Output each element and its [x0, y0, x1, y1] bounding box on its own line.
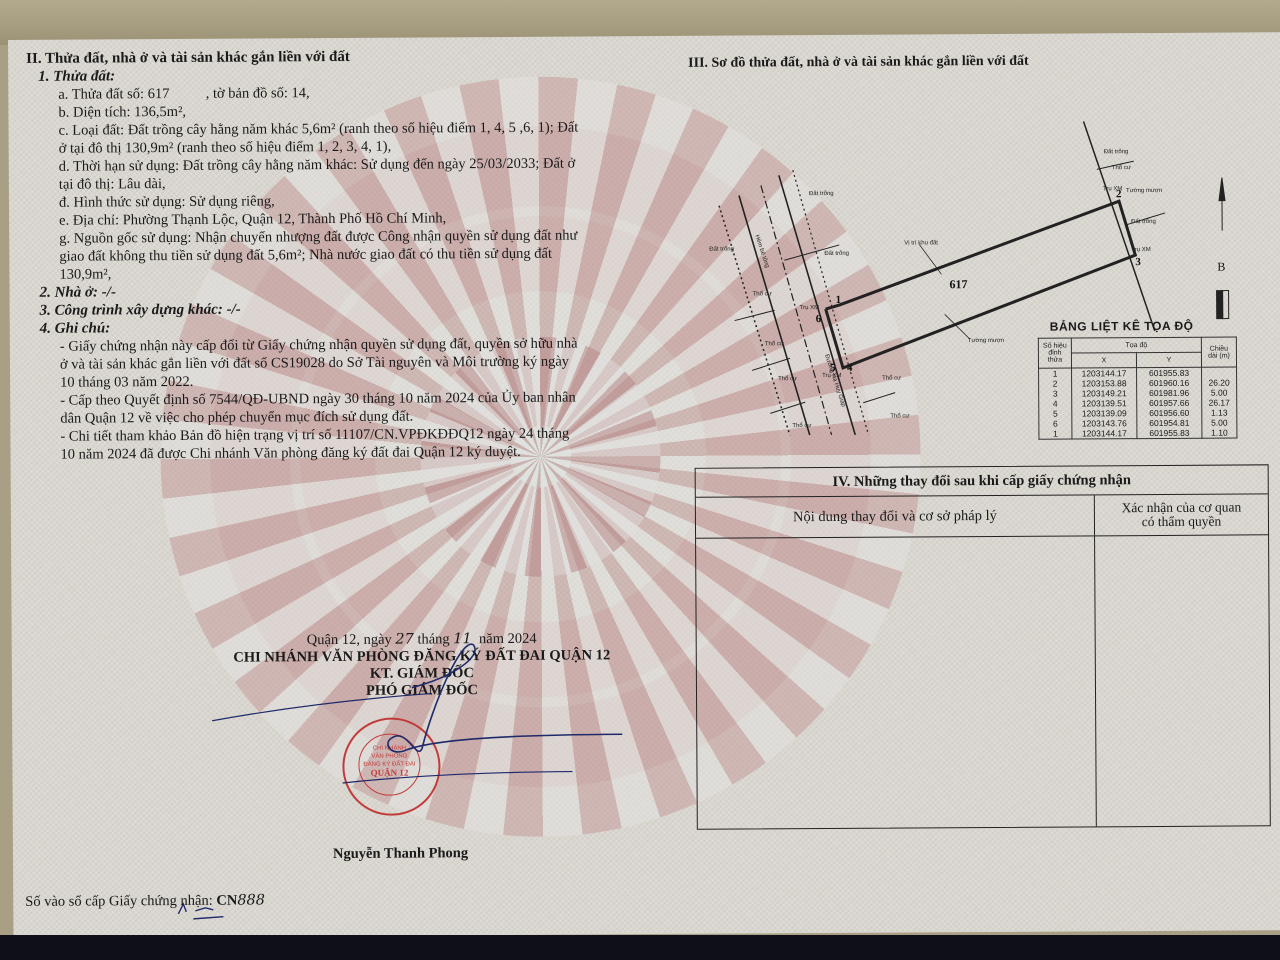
label-tho-cu: Thổ cư — [1112, 164, 1131, 171]
coord-len: 26.20 — [1202, 378, 1237, 388]
point-label: 5 — [830, 362, 836, 374]
coord-x: 1203139.09 — [1072, 408, 1137, 418]
label-vi-tri: Vị trí khu đất — [904, 240, 938, 246]
label-tru-xm: Trụ XM — [800, 305, 819, 311]
point-label: 4 — [847, 362, 853, 374]
land-certificate-page: II. Thửa đất, nhà ở và tài sản khác gắn … — [8, 32, 1280, 938]
header-point: Số hiệu đỉnh thửa — [1038, 338, 1071, 368]
issuing-office: CHI NHÁNH VĂN PHÒNG ĐĂNG KÝ ĐẤT ĐAI QUẬN… — [192, 647, 652, 667]
label-tho-cu: Thổ cư — [778, 375, 797, 382]
registry-number: Số vào sổ cấp Giấy chứng nhận: CN888 — [25, 892, 265, 910]
coordinate-table-title: BẢNG LIỆT KÊ TỌA ĐỘ — [1050, 318, 1237, 333]
coord-x: 1203143.76 — [1072, 418, 1137, 428]
dark-surface — [0, 935, 1280, 960]
column-change-content: Nội dung thay đổi và cơ sở pháp lý — [696, 495, 1095, 537]
point-label: 1 — [836, 294, 842, 306]
coord-point: 3 — [1039, 389, 1072, 399]
usage-origin: g. Nguồn gốc sử dụng: Nhận chuyển nhượng… — [59, 226, 667, 248]
header-length: Chiều dài (m) — [1201, 337, 1236, 367]
coord-x: 1203139.51 — [1072, 398, 1137, 408]
signer-name: Nguyễn Thanh Phong — [333, 845, 468, 863]
north-label: B — [1217, 260, 1225, 274]
coord-y: 601954.81 — [1137, 418, 1202, 428]
label-dat-trong: Đất trống — [1104, 149, 1129, 155]
registry-label: Số vào sổ cấp Giấy chứng nhận: — [25, 893, 216, 910]
coordinate-row: 11203144.17601955.831.10 — [1039, 428, 1237, 440]
label-tho-cu: Thổ cư — [765, 340, 784, 347]
label-tuong-muon: Tường mượn — [968, 338, 1004, 344]
date-day: 27 — [395, 632, 414, 648]
label-tho-cu: Thổ cư — [890, 413, 909, 420]
column-authority-confirmation: Xác nhận của cơ quan có thẩm quyền — [1095, 494, 1268, 535]
date-prefix: Quận 12, ngày — [307, 632, 396, 649]
point-label: 6 — [816, 313, 822, 325]
section4-title: IV. Những thay đổi sau khi cấp giấy chứn… — [696, 465, 1268, 497]
label-tho-cu: Thổ cư — [882, 375, 901, 382]
coord-point: 4 — [1039, 399, 1072, 409]
coord-len: 1.13 — [1202, 408, 1237, 418]
label-tho-cu: Thổ cư — [792, 422, 811, 429]
land-type: c. Loại đất: Đất trồng cây hằng năm khác… — [58, 118, 666, 140]
coord-len: 26.17 — [1202, 398, 1237, 408]
coordinates: Số hiệu đỉnh thửa Tọa độ Chiều dài (m) X… — [1038, 336, 1238, 439]
header-y: Y — [1136, 352, 1201, 367]
signature-block: Quận 12, ngày 27 tháng 11 năm 2024 CHI N… — [192, 630, 652, 701]
change-content-cell — [696, 536, 1097, 828]
coord-y: 601960.16 — [1137, 378, 1202, 388]
header-x: X — [1071, 353, 1136, 368]
note-line: 10 năm 2024 đã được Chi nhánh Văn phòng … — [60, 442, 668, 464]
coord-len: 5.00 — [1202, 388, 1237, 398]
coord-y: 601957.66 — [1137, 398, 1202, 408]
coord-point: 5 — [1039, 409, 1072, 419]
coord-y: 601955.83 — [1137, 428, 1202, 439]
registry-code: CN — [216, 893, 237, 909]
registry-handwritten-number: 888 — [237, 892, 265, 908]
date-month: 11 — [453, 631, 472, 647]
coord-len: 1.10 — [1202, 428, 1237, 439]
coord-y: 601956.60 — [1137, 408, 1202, 418]
parcel-number-label: 617 — [949, 277, 967, 291]
label-tho-cu: Thổ cư — [753, 290, 772, 297]
note-line: - Giấy chứng nhận này cấp đổi từ Giấy ch… — [60, 334, 668, 356]
label-tru-xm: Trụ XM — [1131, 247, 1150, 253]
coord-point: 2 — [1039, 379, 1072, 389]
point-label: 3 — [1135, 256, 1141, 268]
coord-len: 5.00 — [1202, 418, 1237, 428]
coord-point: 6 — [1039, 419, 1072, 429]
coord-x: 1203144.17 — [1072, 428, 1137, 439]
label-dat-trong: Đất trống — [1131, 219, 1156, 225]
column-authority-line2: có thẩm quyền — [1095, 514, 1268, 529]
section-land-parcel: II. Thửa đất, nhà ở và tài sản khác gắn … — [26, 46, 669, 464]
coord-len — [1202, 367, 1237, 378]
coord-point: 1 — [1039, 368, 1072, 379]
signer-role: PHÓ GIÁM ĐỐC — [192, 681, 652, 701]
coord-x: 1203144.17 — [1072, 368, 1137, 379]
date-month-word: tháng — [414, 631, 454, 647]
label-dat-trong: Đất trống — [809, 191, 834, 197]
section3-title: III. Sơ đồ thửa đất, nhà ở và tài sản kh… — [688, 54, 1029, 72]
coord-y: 601955.83 — [1137, 367, 1202, 378]
coord-x: 1203153.88 — [1072, 378, 1137, 388]
label-dat-trong: Đất trống — [709, 247, 734, 253]
coord-x: 1203149.21 — [1072, 388, 1137, 398]
date-year: năm 2024 — [472, 631, 537, 647]
label-tuong-muon: Tường mượn — [1126, 188, 1162, 194]
label-dat-trong: Đất trống — [824, 251, 849, 257]
changes-table: IV. Những thay đổi sau khi cấp giấy chứn… — [695, 464, 1271, 829]
header-coord: Tọa độ — [1071, 337, 1201, 353]
coordinate-table: BẢNG LIỆT KÊ TỌA ĐỘ Số hiệu đỉnh thửa Tọ… — [1038, 318, 1238, 439]
point-label: 2 — [1116, 188, 1122, 200]
stamp-district: QUẬN 12 — [359, 769, 419, 777]
coord-y: 601981.96 — [1137, 388, 1202, 398]
coord-point: 1 — [1039, 429, 1072, 440]
official-red-stamp: CHI NHÁNH VĂN PHÒNG ĐĂNG KÝ ĐẤT ĐAI QUẬN… — [342, 717, 441, 816]
